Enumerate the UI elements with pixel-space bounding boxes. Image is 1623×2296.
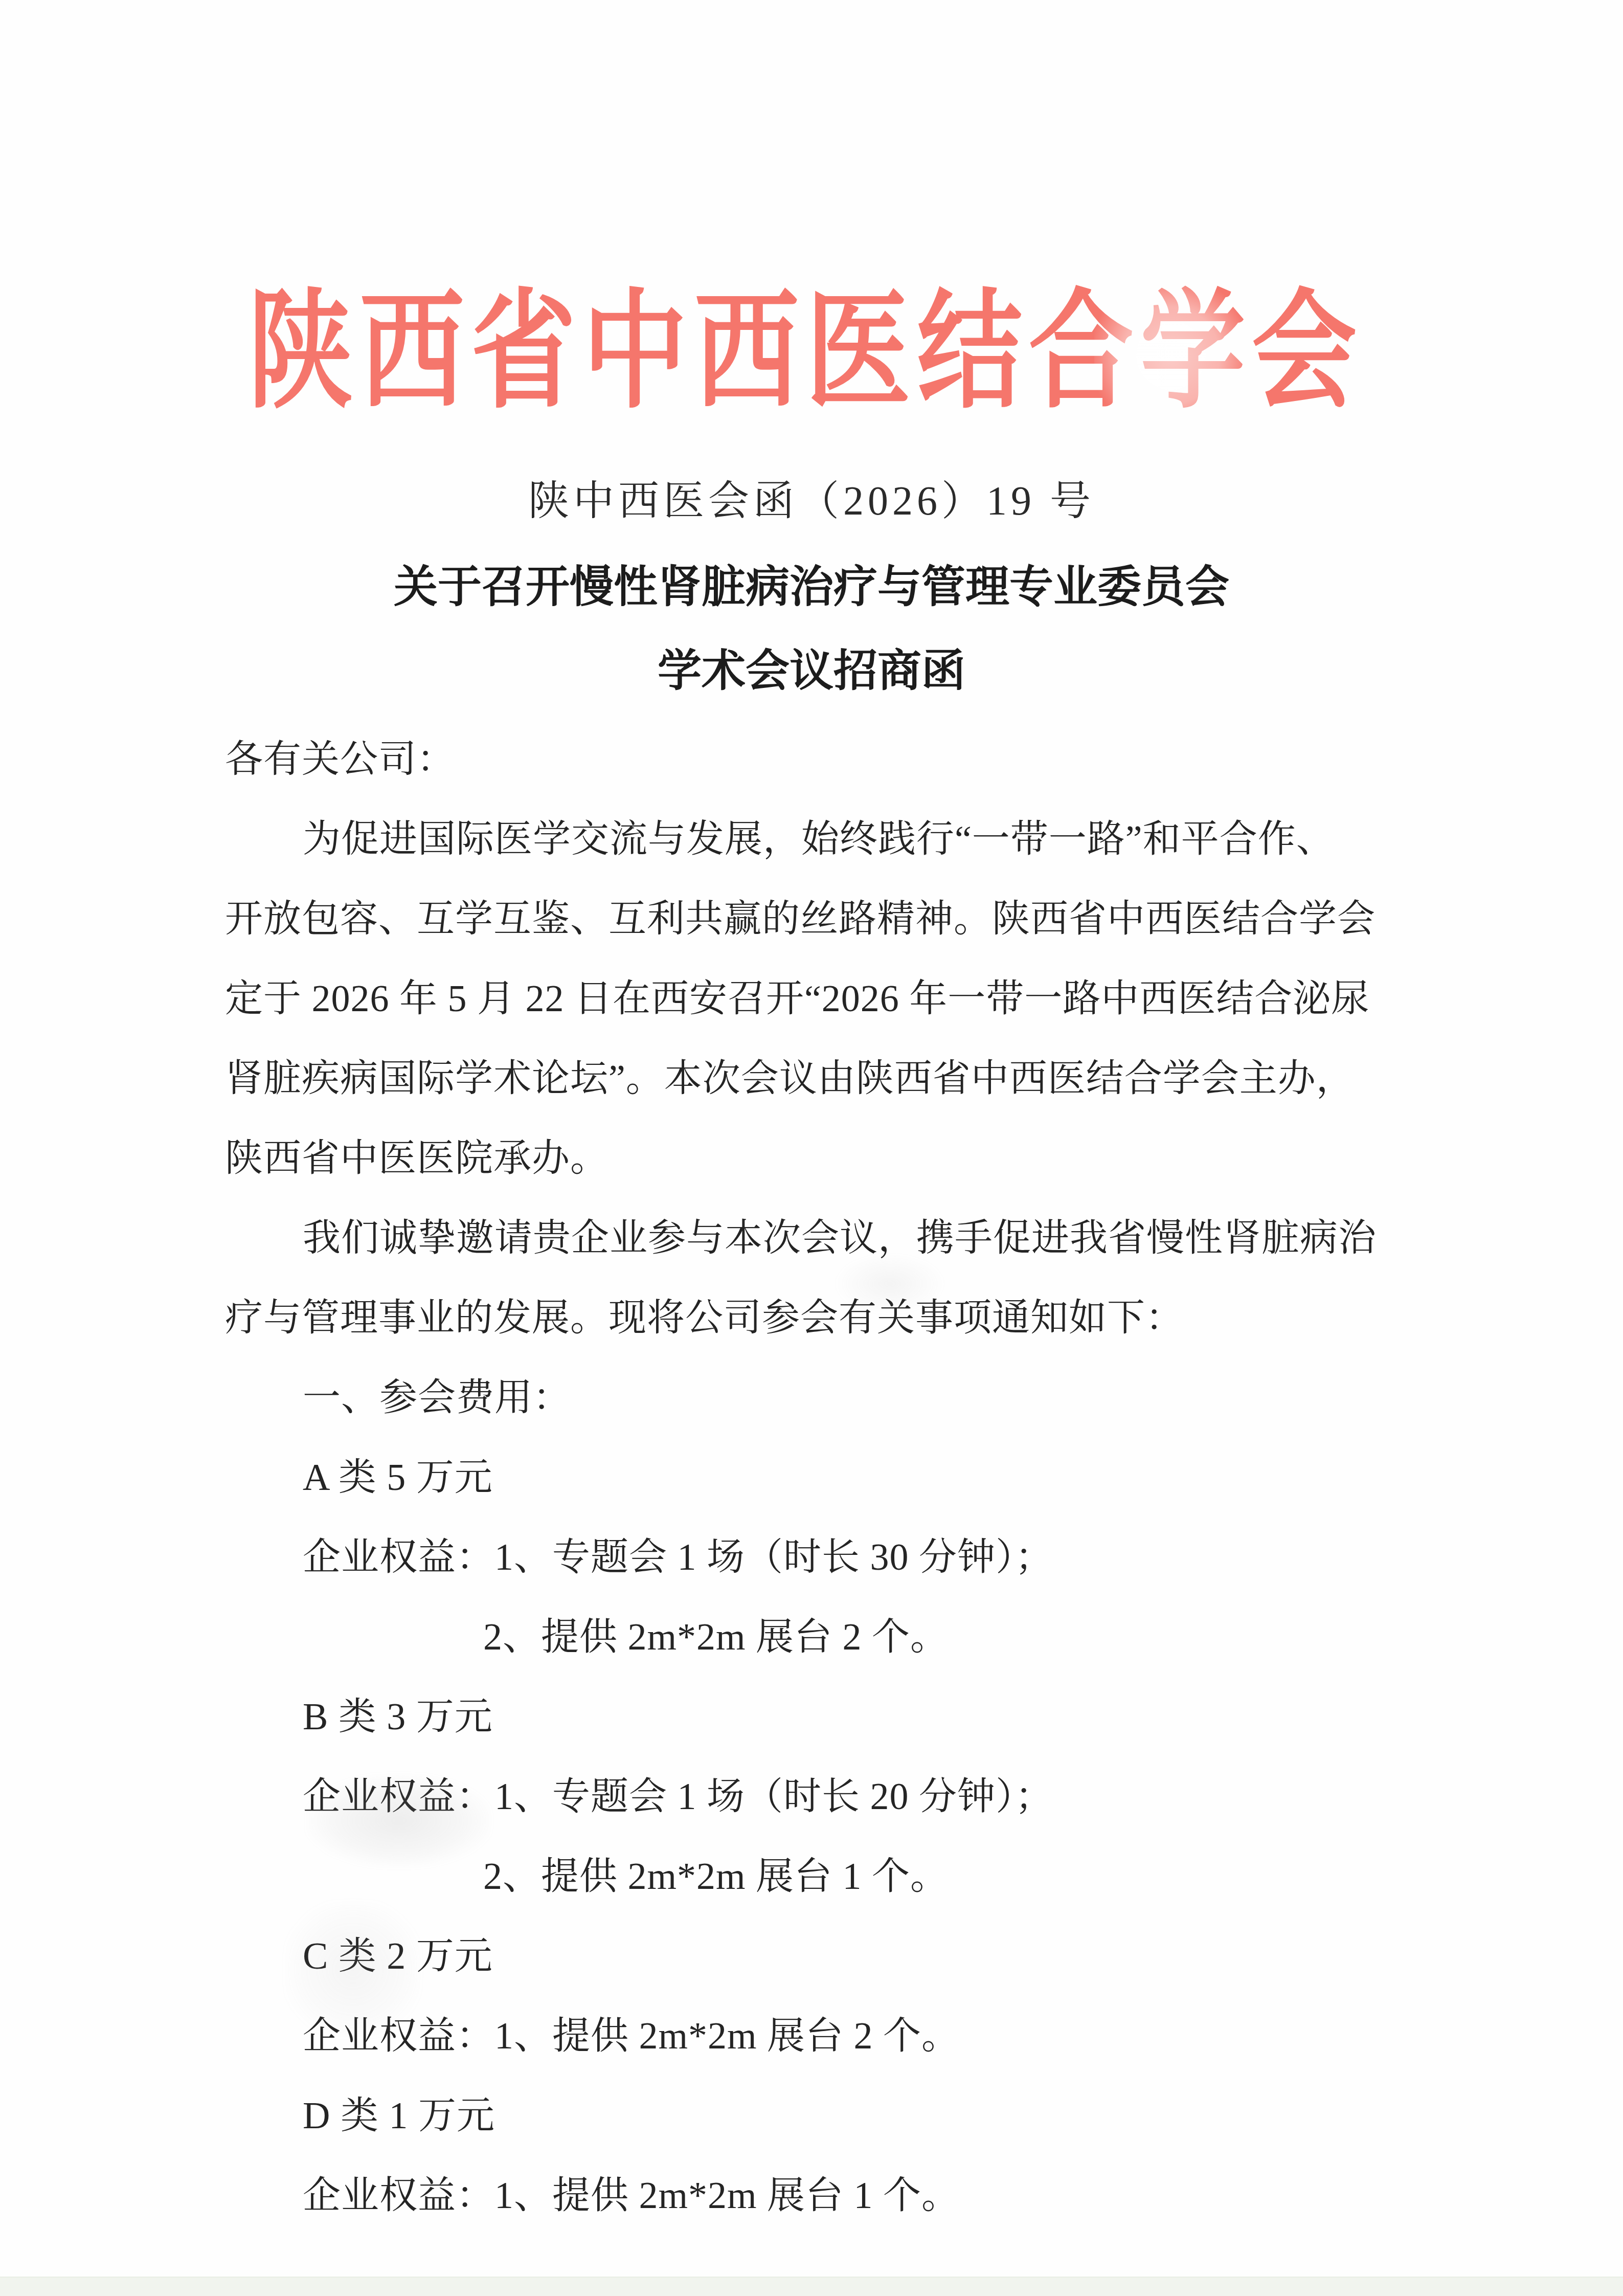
paragraph-line: 肾脏疾病国际学术论坛”。本次会议由陕西省中西医结合学会主办，	[225, 1039, 1411, 1119]
paragraph-line: 我们诚挚邀请贵企业参与本次会议，携手促进我省慢性肾脏病治	[225, 1198, 1411, 1278]
paragraph-line: 为促进国际医学交流与发展，始终践行“一带一路”和平合作、	[225, 799, 1411, 879]
letter-title-line1: 关于召开慢性肾脏病治疗与管理专业委员会	[0, 561, 1623, 614]
scanned-letter-page: 陕西省中西医结合学会 陕中西医会函（2026）19 号 关于召开慢性肾脏病治疗与…	[0, 0, 1623, 2296]
fee-class-b: B 类 3 万元	[225, 1677, 1411, 1757]
paragraph-line: 开放包容、互学互鉴、互利共赢的丝路精神。陕西省中西医结合学会	[225, 879, 1411, 959]
fee-class-a-benefit: 企业权益：1、专题会 1 场（时长 30 分钟）；	[225, 1518, 1411, 1597]
fee-class-a-benefit2: 2、提供 2m*2m 展台 2 个。	[225, 1597, 1411, 1677]
scan-edge-artifact	[0, 2277, 1623, 2296]
fee-class-c-benefit: 企业权益：1、提供 2m*2m 展台 2 个。	[225, 1996, 1411, 2076]
fee-class-b-benefit: 企业权益：1、专题会 1 场（时长 20 分钟）；	[225, 1757, 1411, 1837]
letter-title-line2: 学术会议招商函	[0, 644, 1623, 698]
salutation: 各有关公司：	[225, 720, 1411, 799]
section-heading-fees: 一、参会费用：	[225, 1358, 1411, 1438]
letter-body: 各有关公司： 为促进国际医学交流与发展，始终践行“一带一路”和平合作、 开放包容…	[225, 720, 1411, 2236]
fee-class-c: C 类 2 万元	[225, 1916, 1411, 1996]
fee-class-d-benefit: 企业权益：1、提供 2m*2m 展台 1 个。	[225, 2156, 1411, 2236]
paragraph-line: 定于 2026 年 5 月 22 日在西安召开“2026 年一带一路中西医结合泌…	[225, 959, 1411, 1039]
paragraph-line: 陕西省中医医院承办。	[225, 1119, 1411, 1198]
fee-class-b-benefit2: 2、提供 2m*2m 展台 1 个。	[225, 1837, 1411, 1916]
paragraph-line: 疗与管理事业的发展。现将公司参会有关事项通知如下：	[225, 1278, 1411, 1358]
document-number: 陕中西医会函（2026）19 号	[0, 475, 1623, 528]
fee-class-a: A 类 5 万元	[225, 1438, 1411, 1518]
letterhead-org-title: 陕西省中西医结合学会	[140, 276, 1471, 430]
fee-class-d: D 类 1 万元	[225, 2076, 1411, 2156]
